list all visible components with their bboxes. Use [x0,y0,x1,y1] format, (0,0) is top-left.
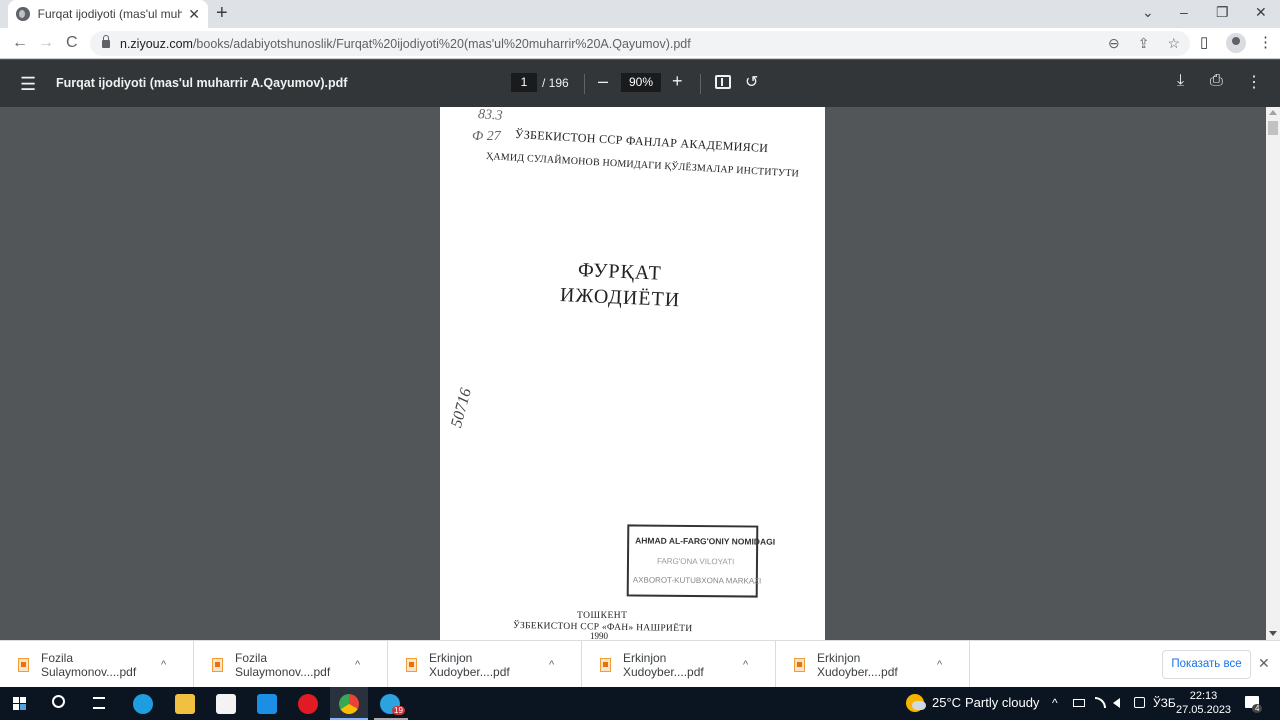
handwritten-inventory-number: 50716 [448,386,476,429]
rotate-icon[interactable]: ↺ [745,72,758,92]
pdf-title: Furqat ijodiyoti (mas'ul muharrir A.Qayu… [56,76,347,90]
scroll-up-arrow-icon[interactable] [1269,110,1277,115]
forward-button[interactable]: → [38,34,54,52]
footer-year: 1990 [590,631,608,640]
chevron-up-icon[interactable]: ^ [743,659,748,671]
show-all-downloads-button[interactable]: Показать все [1162,650,1251,679]
header-line-1: ЎЗБЕКИСТОН ССР ФАНЛАР АКАДЕМИЯСИ [515,127,769,156]
chevron-up-icon[interactable]: ^ [549,659,554,671]
wifi-icon[interactable] [1095,697,1106,708]
url-text: n.ziyouz.com/books/adabiyotshunoslik/Fur… [120,37,691,51]
chevron-up-icon[interactable]: ^ [161,659,166,671]
vertical-scrollbar[interactable] [1266,107,1280,640]
print-icon[interactable]: ⎙ [1210,72,1223,90]
clock-time: 22:13 [1176,689,1231,703]
tab-search-button[interactable]: ⌄ [1142,4,1154,21]
more-actions-icon[interactable]: ⋮ [1246,72,1262,92]
download-item[interactable]: Fozila Sulaymonov....pdf ^ [0,641,194,688]
zoom-level-input[interactable]: 90% [621,73,661,92]
stamp-line-1: AHMAD AL-FARG'ONIY NOMIDAGI [635,535,775,546]
pdf-file-icon [600,658,611,672]
weather-temperature[interactable]: 25°C [932,695,961,710]
chrome-icon[interactable] [339,694,359,714]
fit-to-page-icon[interactable] [715,75,731,89]
book-title-line-2: ИЖОДИЁТИ [559,284,680,312]
scroll-thumb[interactable] [1268,121,1278,135]
globe-icon [16,7,30,21]
download-item[interactable]: Erkinjon Xudoyber....pdf ^ [388,641,582,688]
file-explorer-icon[interactable] [175,694,195,714]
side-panel-icon[interactable]: ▯ [1200,33,1208,51]
scroll-down-arrow-icon[interactable] [1269,631,1277,636]
divider [584,74,585,94]
chevron-up-icon[interactable]: ^ [937,659,942,671]
browser-menu-icon[interactable]: ⋮ [1258,33,1273,51]
share-icon[interactable]: ⇪ [1138,35,1150,52]
cloud-icon [912,701,926,710]
pdf-file-icon [212,658,223,672]
input-language[interactable]: ЎЗБ [1153,696,1176,710]
notification-count-badge: 4 [1252,704,1262,713]
stamp-line-2: FARG'ONA VILOYATI [657,557,734,567]
chevron-up-icon[interactable]: ^ [355,659,360,671]
reload-button[interactable]: C [66,34,78,52]
download-item[interactable]: Erkinjon Xudoyber....pdf ^ [582,641,776,688]
search-icon[interactable] [52,695,65,708]
book-title-line-1: ФУРҚАТ [577,259,662,286]
new-tab-button[interactable]: + [216,2,228,25]
page-number-input[interactable]: 1 [511,73,537,92]
library-stamp: AHMAD AL-FARG'ONIY NOMIDAGI FARG'ONA VIL… [627,524,759,597]
system-clock[interactable]: 22:13 27.05.2023 [1176,689,1231,717]
microsoft-store-icon[interactable] [216,694,236,714]
close-downloads-bar-button[interactable]: ✕ [1258,655,1270,672]
handwritten-code: Ф 27 [472,129,501,145]
weather-description[interactable]: Partly cloudy [965,695,1039,710]
zoom-out-button[interactable]: – [598,71,608,92]
zoom-in-button[interactable]: + [672,71,683,92]
address-bar[interactable]: n.ziyouz.com/books/adabiyotshunoslik/Fur… [90,31,1190,56]
pdf-viewer[interactable]: 83.3 Ф 27 ЎЗБЕКИСТОН ССР ФАНЛАР АКАДЕМИЯ… [0,107,1266,640]
pdf-page: 83.3 Ф 27 ЎЗБЕКИСТОН ССР ФАНЛАР АКАДЕМИЯ… [440,107,825,640]
minimize-button[interactable]: – [1180,4,1188,20]
download-filename: Fozila Sulaymonov....pdf [41,651,161,679]
show-hidden-icons-caret[interactable]: ^ [1052,696,1058,710]
tab-strip: Furqat ijodiyoti (mas'ul muharrir A.Qayu… [0,0,1280,28]
edge-icon[interactable] [133,694,153,714]
pdf-file-icon [406,658,417,672]
download-filename: Erkinjon Xudoyber....pdf [623,651,743,679]
pdf-toolbar: ☰ Furqat ijodiyoti (mas'ul muharrir A.Qa… [0,60,1280,107]
download-filename: Erkinjon Xudoyber....pdf [429,651,549,679]
footer-city: ТОШКЕНТ [577,611,627,621]
bookmark-star-icon[interactable]: ☆ [1167,35,1180,52]
download-item[interactable]: Fozila Sulaymonov....pdf ^ [194,641,388,688]
start-windows-icon[interactable] [13,697,27,711]
profile-avatar[interactable] [1226,33,1246,53]
back-button[interactable]: ← [12,34,28,52]
download-icon[interactable]: ⤓ [1177,72,1184,90]
maximize-button[interactable]: ❐ [1216,4,1229,21]
task-view-icon[interactable] [93,697,105,709]
download-filename: Fozila Sulaymonov....pdf [235,651,355,679]
opera-icon[interactable] [298,694,318,714]
lock-icon [102,40,110,48]
mail-icon[interactable] [257,694,277,714]
download-filename: Erkinjon Xudoyber....pdf [817,651,937,679]
tab-close-button[interactable]: ✕ [188,6,200,23]
pdf-file-icon [794,658,805,672]
clock-date: 27.05.2023 [1176,703,1231,717]
tab-title: Furqat ijodiyoti (mas'ul muharrir A.Qayu… [38,7,183,21]
divider [700,74,701,94]
meet-now-icon[interactable] [1134,697,1145,708]
close-window-button[interactable]: ✕ [1255,4,1267,21]
browser-toolbar: ← → C n.ziyouz.com/books/adabiyotshunosl… [0,28,1280,59]
hamburger-menu-icon[interactable]: ☰ [20,74,36,95]
page-total: / 196 [542,76,569,90]
volume-icon[interactable] [1113,698,1120,708]
telegram-unread-badge: 19 [392,706,405,715]
downloads-bar: Fozila Sulaymonov....pdf ^ Fozila Sulaym… [0,640,1280,687]
pdf-file-icon [18,658,29,672]
browser-tab[interactable]: Furqat ijodiyoti (mas'ul muharrir A.Qayu… [8,0,208,28]
handwritten-note: 83.3 [477,107,503,125]
stamp-line-3: AXBOROT-KUTUBXONA MARKAZI [633,575,762,585]
download-item[interactable]: Erkinjon Xudoyber....pdf ^ [776,641,970,688]
zoom-icon[interactable]: ⊖ [1108,35,1120,52]
taskbar: 19 25°C Partly cloudy ^ ЎЗБ 22:13 27.05.… [0,687,1280,720]
battery-icon[interactable] [1073,699,1085,707]
